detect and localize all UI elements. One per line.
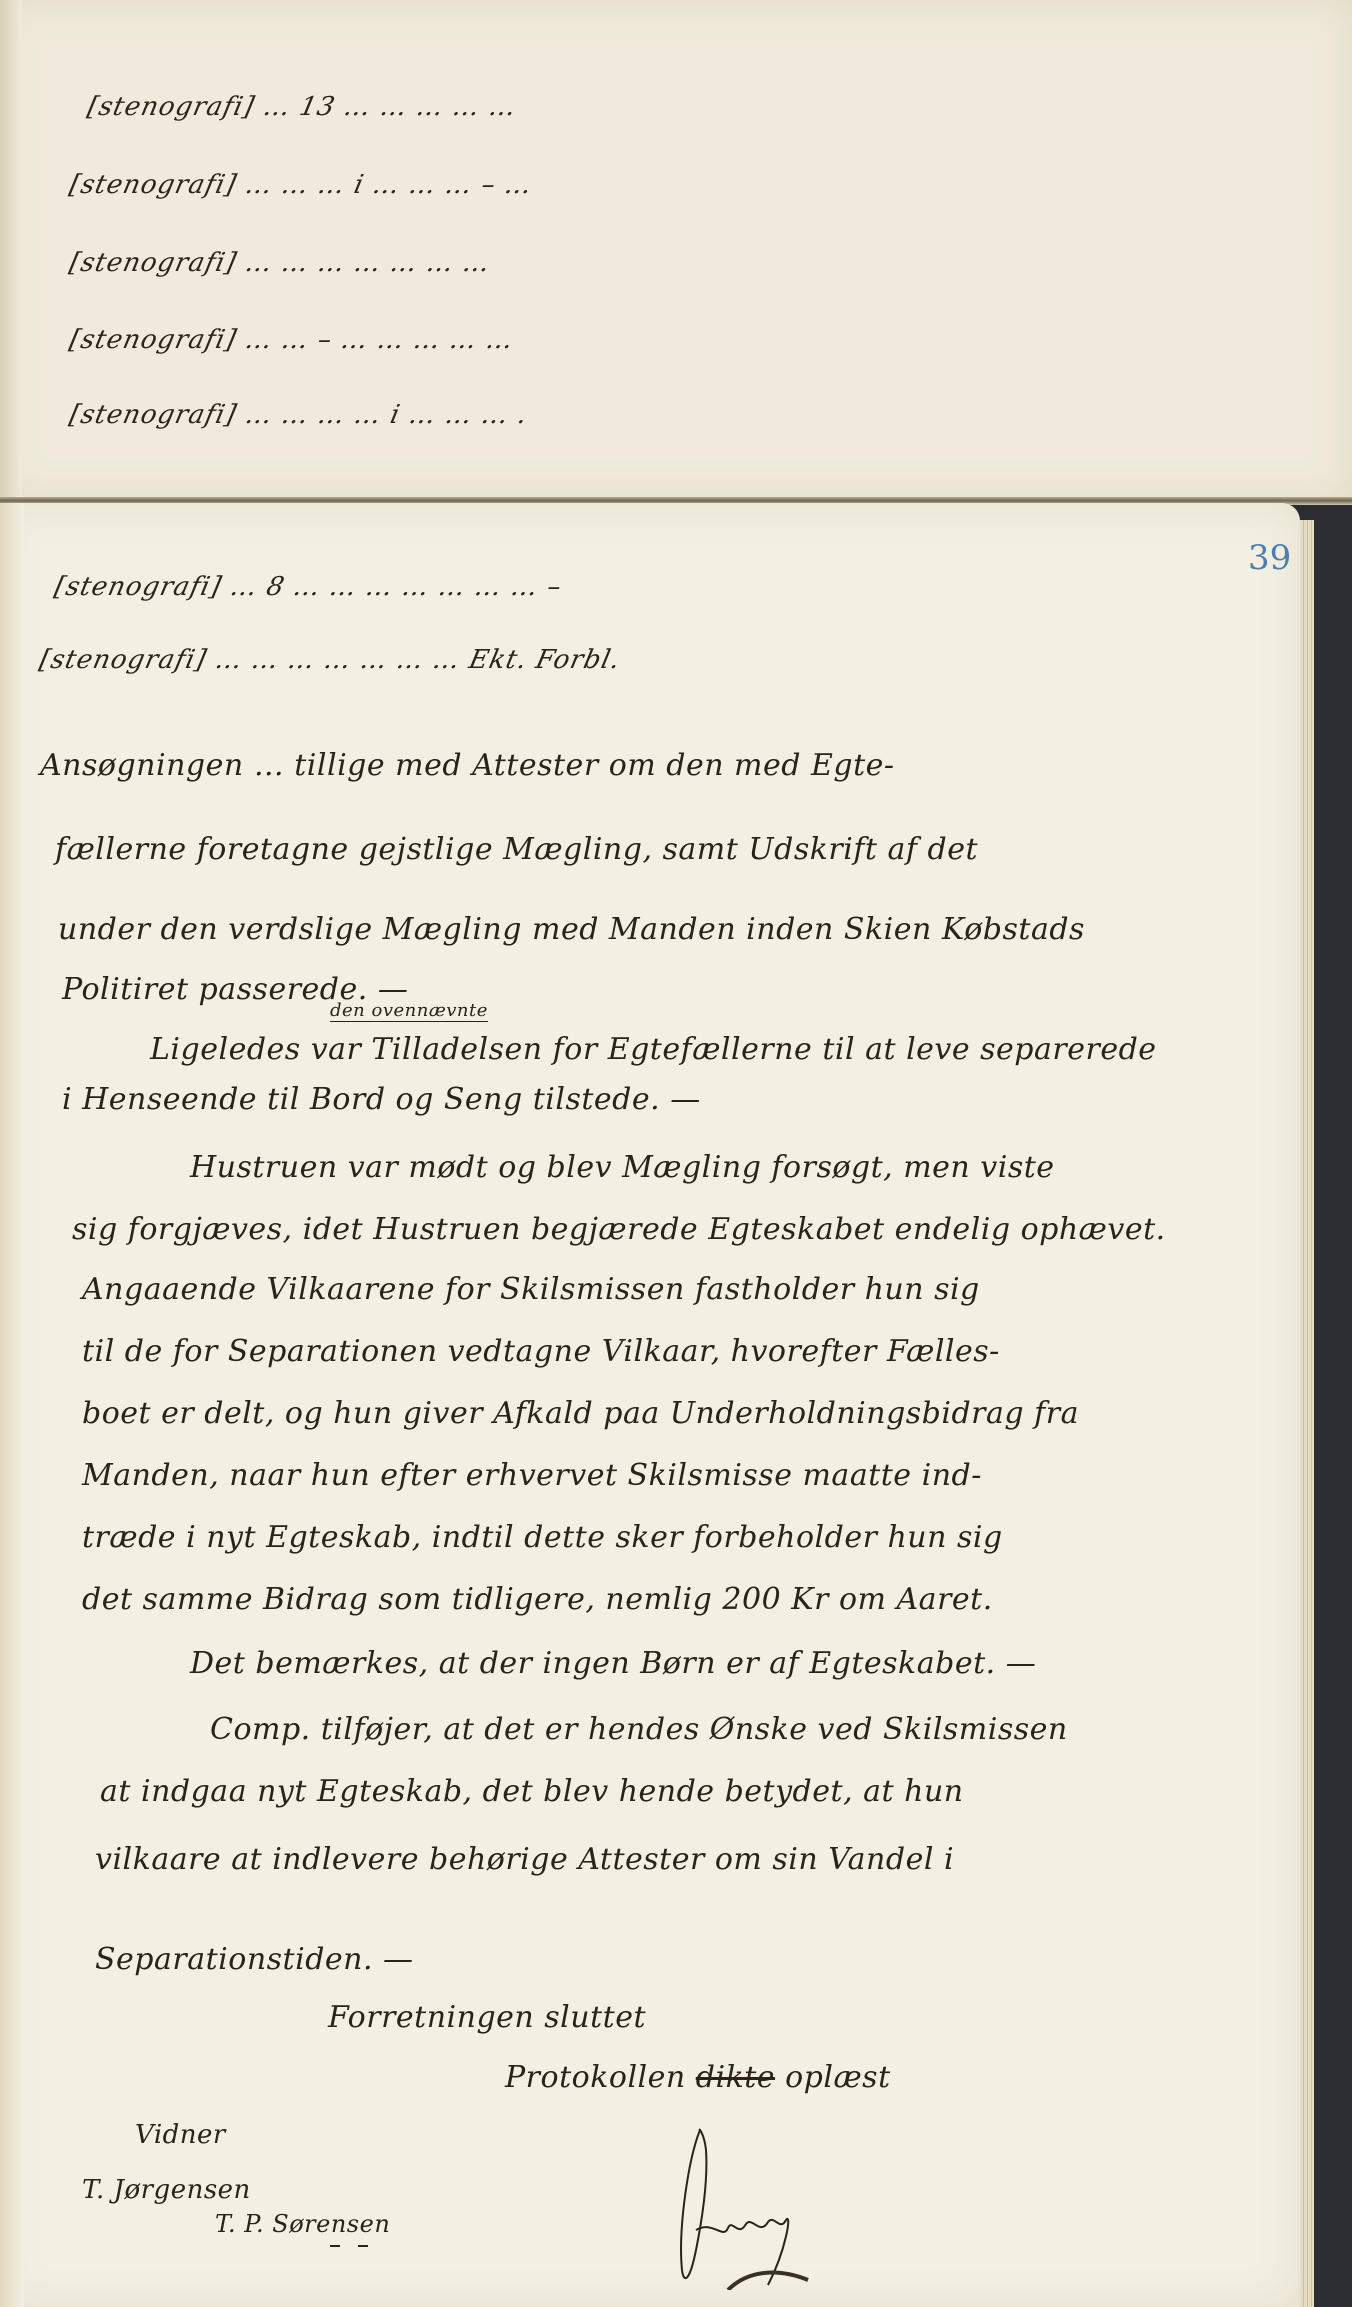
body-line: Manden, naar hun efter erhvervet Skilsmi… bbox=[82, 1458, 982, 1493]
struck-word: dikte bbox=[696, 2060, 775, 2095]
body-line: under den verdslige Mægling med Manden i… bbox=[58, 912, 1085, 947]
body-line: træde i nyt Egteskab, indtil dette sker … bbox=[82, 1520, 1003, 1555]
body-line: boet er delt, og hun giver Afkald paa Un… bbox=[82, 1396, 1079, 1431]
body-line: vilkaare at indlevere behørige Attester … bbox=[95, 1842, 954, 1877]
insertion-text: den ovennævnte bbox=[330, 1000, 488, 1022]
shorthand-line: [stenografi] … 13 … … … … … bbox=[85, 92, 520, 122]
body-line: til de for Separationen vedtagne Vilkaar… bbox=[82, 1334, 1000, 1369]
official-signature-text: Ar…(signatur) bbox=[680, 2180, 694, 2181]
body-line: det samme Bidrag som tidligere, nemlig 2… bbox=[82, 1582, 993, 1617]
body-line: Det bemærkes, at der ingen Børn er af Eg… bbox=[190, 1646, 1036, 1681]
body-line: Ligeledes var Tilladelsen for Egtefæller… bbox=[150, 1032, 1157, 1067]
closing-line-2: Protokollen dikte oplæst bbox=[505, 2060, 891, 2095]
body-line: Separationstiden. — bbox=[95, 1942, 414, 1977]
page-edges bbox=[1300, 520, 1314, 2307]
closing-suffix: oplæst bbox=[785, 2060, 891, 2095]
closing-line: Forretningen sluttet bbox=[328, 2000, 646, 2035]
shorthand-line: [stenografi] … … – … … … … … bbox=[67, 325, 517, 355]
shorthand-line: [stenografi] … … … … … … … Ekt. Forbl. bbox=[37, 645, 624, 675]
official-signature-icon bbox=[668, 2120, 818, 2290]
closing-prefix: Protokollen bbox=[505, 2060, 686, 2095]
body-line: Angaaende Vilkaarene for Skilsmissen fas… bbox=[82, 1272, 980, 1307]
shorthand-line: [stenografi] … … … i … … … – … bbox=[67, 170, 535, 200]
page-number: 39 bbox=[1248, 538, 1291, 578]
body-line: Ansøgningen … tillige med Attester om de… bbox=[40, 748, 895, 783]
dash bbox=[358, 2245, 368, 2247]
dash bbox=[330, 2245, 340, 2247]
upper-page: [stenografi] … 13 … … … … … [stenografi]… bbox=[0, 0, 1352, 500]
shorthand-line: [stenografi] … … … … i … … … . bbox=[67, 400, 531, 430]
body-line: sig forgjæves, idet Hustruen begjærede E… bbox=[72, 1212, 1166, 1247]
shorthand-line: [stenografi] … 8 … … … … … … … – bbox=[52, 572, 565, 602]
body-line: fællerne foretagne gejstlige Mægling, sa… bbox=[55, 832, 978, 867]
body-line: Hustruen var mødt og blev Mægling forsøg… bbox=[190, 1150, 1055, 1185]
witness-signature: T. Jørgensen bbox=[82, 2175, 251, 2205]
witness-signature: T. P. Sørensen bbox=[215, 2210, 390, 2238]
body-line: Comp. tilføjer, at det er hendes Ønske v… bbox=[210, 1712, 1068, 1747]
shorthand-line: [stenografi] … … … … … … … bbox=[67, 248, 494, 278]
body-line: i Henseende til Bord og Seng tilstede. — bbox=[62, 1082, 701, 1117]
body-line: at indgaa nyt Egteskab, det blev hende b… bbox=[100, 1774, 964, 1809]
witnesses-label: Vidner bbox=[135, 2120, 226, 2150]
